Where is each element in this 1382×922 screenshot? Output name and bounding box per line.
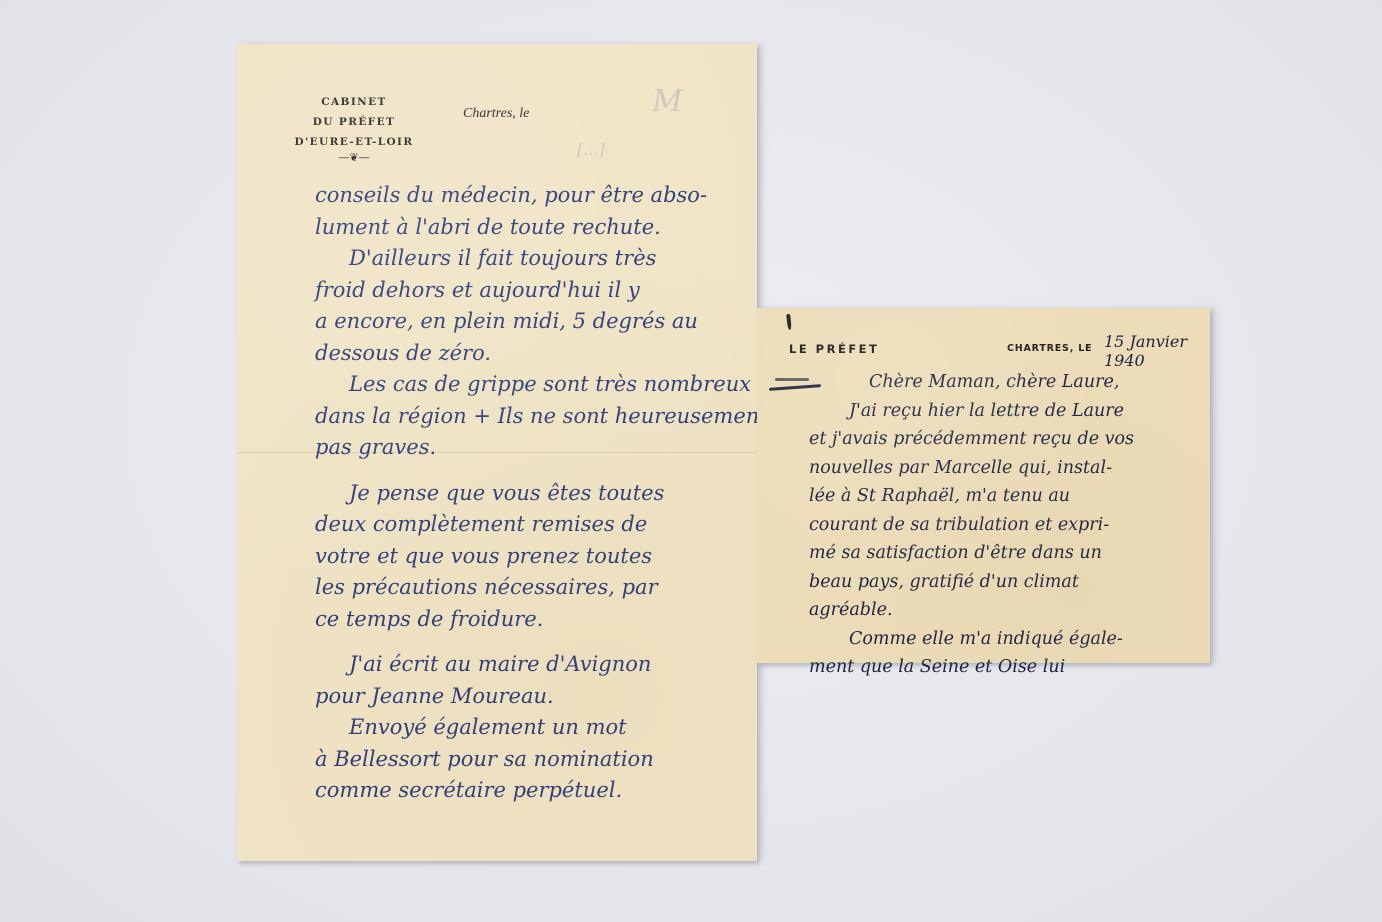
text-line: Je pense que vous êtes toutes bbox=[315, 478, 768, 510]
letterhead: CABINET DU PRÉFET D'EURE-ET-LOIR —❦— bbox=[279, 92, 429, 164]
text-line: les précautions nécessaires, par bbox=[315, 572, 768, 604]
text-line: nouvelles par Marcelle qui, instal- bbox=[809, 454, 1134, 483]
text-line: deux complètement remises de bbox=[315, 509, 768, 541]
text-line: courant de sa tribulation et expri- bbox=[809, 511, 1134, 540]
ornament-icon: —❦— bbox=[279, 152, 429, 164]
ink-mark bbox=[786, 314, 792, 330]
letter-body: conseils du médecin, pour être abso- lum… bbox=[315, 180, 768, 807]
text-line: comme secrétaire perpétuel. bbox=[315, 775, 768, 807]
card-letterhead: LE PRÉFET bbox=[789, 342, 879, 356]
text-line: Comme elle m'a indiqué égale- bbox=[809, 625, 1134, 654]
text-line: dessous de zéro. bbox=[315, 338, 768, 370]
pencil-annotation: [...] bbox=[577, 140, 605, 159]
text-line: J'ai écrit au maire d'Avignon bbox=[315, 649, 768, 681]
text-line: lée à St Raphaël, m'a tenu au bbox=[809, 482, 1134, 511]
text-line: Les cas de grippe sont très nombreux bbox=[315, 369, 768, 401]
text-line: à Bellessort pour sa nomination bbox=[315, 744, 768, 776]
text-line: pour Jeanne Moureau. bbox=[315, 681, 768, 713]
text-line: ment que la Seine et Oise lui bbox=[809, 653, 1134, 682]
text-line: et j'avais précédemment reçu de vos bbox=[809, 425, 1134, 454]
text-line: froid dehors et aujourd'hui il y bbox=[315, 275, 768, 307]
salutation: Chère Maman, chère Laure, bbox=[809, 368, 1134, 397]
letterhead-line-3: D'EURE-ET-LOIR bbox=[279, 132, 429, 152]
printed-place-date: Chartres, le bbox=[463, 106, 529, 122]
letterhead-line-2: DU PRÉFET bbox=[279, 112, 429, 132]
text-line: mé sa satisfaction d'être dans un bbox=[809, 539, 1134, 568]
letterhead-line-1: CABINET bbox=[279, 92, 429, 112]
ink-flourish bbox=[775, 378, 809, 381]
text-line: D'ailleurs il fait toujours très bbox=[315, 243, 768, 275]
text-line: lument à l'abri de toute rechute. bbox=[315, 212, 768, 244]
text-line: pas graves. bbox=[315, 432, 768, 464]
pencil-annotation: M bbox=[652, 84, 683, 119]
text-line: a encore, en plein midi, 5 degrés au bbox=[315, 306, 768, 338]
correspondence-card: LE PRÉFET CHARTRES, LE 15 Janvier 1940 C… bbox=[757, 308, 1210, 663]
card-body: Chère Maman, chère Laure, J'ai reçu hier… bbox=[809, 368, 1134, 682]
text-line: ce temps de froidure. bbox=[315, 604, 768, 636]
text-line: J'ai reçu hier la lettre de Laure bbox=[809, 397, 1134, 426]
text-line: conseils du médecin, pour être abso- bbox=[315, 180, 768, 212]
text-line: beau pays, gratifié d'un climat bbox=[809, 568, 1134, 597]
text-line: Envoyé également un mot bbox=[315, 712, 768, 744]
text-line: dans la région + Ils ne sont heureusemen… bbox=[315, 401, 768, 433]
letter-sheet: CABINET DU PRÉFET D'EURE-ET-LOIR —❦— Cha… bbox=[237, 44, 757, 861]
card-printed-place: CHARTRES, LE bbox=[1007, 343, 1092, 354]
text-line: votre et que vous prenez toutes bbox=[315, 541, 768, 573]
text-line: agréable. bbox=[809, 596, 1134, 625]
card-handwritten-date: 15 Janvier 1940 bbox=[1104, 332, 1210, 370]
